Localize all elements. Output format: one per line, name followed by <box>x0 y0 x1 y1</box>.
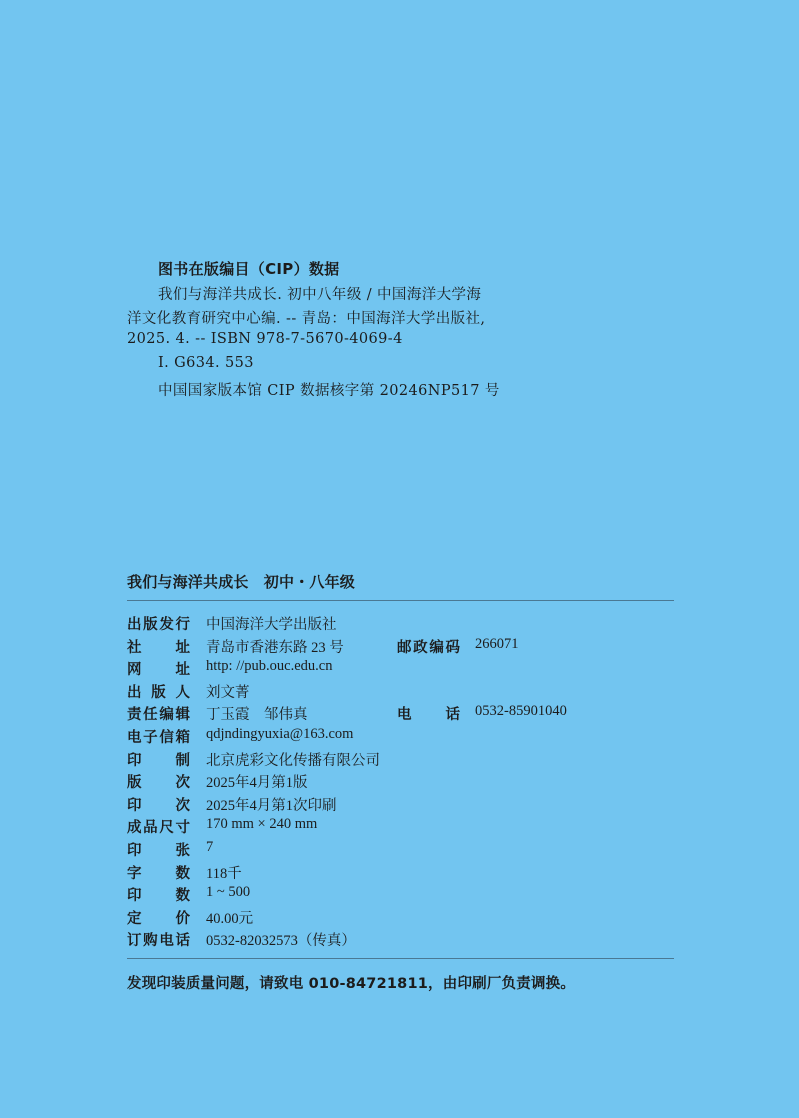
info-label-char: 网 <box>127 658 142 679</box>
info-label-char: 张 <box>176 839 191 860</box>
info-label-char: 信 <box>159 726 174 747</box>
info-label-char: 购 <box>143 929 158 950</box>
info-value: 青岛市香港东路 23 号 <box>206 636 344 657</box>
info-value: 刘文菁 <box>206 681 250 702</box>
info-label-char: 任 <box>143 703 158 724</box>
info-value: 中国海洋大学出版社 <box>206 613 337 634</box>
info-label-char: 印 <box>127 839 142 860</box>
info-label: 电子信箱 <box>127 726 190 747</box>
info-value: 170 mm × 240 mm <box>206 816 317 833</box>
cip-line-1: 我们与海洋共成长. 初中八年级 / 中国海洋大学海 <box>158 283 481 304</box>
info-label-char: 印 <box>127 794 142 815</box>
cip-title: 图书在版编目（CIP）数据 <box>158 258 339 279</box>
info-label-char: 码 <box>445 636 460 657</box>
info-label: 责任编辑 <box>127 703 190 724</box>
info-label-char: 版 <box>143 613 158 634</box>
info-label-char: 定 <box>127 907 142 928</box>
info-label-char: 编 <box>429 636 444 657</box>
book-title: 我们与海洋共成长 初中・八年级 <box>127 571 355 592</box>
info-label-char: 成 <box>127 816 142 837</box>
quality-notice: 发现印装质量问题，请致电 010-84721811，由印刷厂负责调换。 <box>127 972 575 993</box>
info-label: 成品尺寸 <box>127 816 190 837</box>
info-label: 印数 <box>127 884 190 905</box>
info-label: 社址 <box>127 636 190 657</box>
info-value: 2025年4月第1次印刷 <box>206 794 337 815</box>
divider-bottom <box>127 958 674 959</box>
info-value: 7 <box>206 839 213 856</box>
info-value-secondary: 266071 <box>475 636 519 653</box>
info-label-char: 政 <box>413 636 428 657</box>
info-label-char: 印 <box>127 884 142 905</box>
info-label-char: 数 <box>176 884 191 905</box>
info-value: qdjndingyuxia@163.com <box>206 726 353 743</box>
info-label-char: 价 <box>176 907 191 928</box>
info-label-char: 数 <box>176 862 191 883</box>
info-label-char: 电 <box>159 929 174 950</box>
info-label-char: 品 <box>143 816 158 837</box>
info-value: 2025年4月第1版 <box>206 771 308 792</box>
info-label-char: 电 <box>397 703 412 724</box>
info-label-char: 址 <box>176 636 191 657</box>
cip-line-4: Ⅰ. G634. 553 <box>158 355 254 371</box>
info-label-secondary: 电话 <box>397 703 460 724</box>
info-value: 0532-82032573（传真） <box>206 929 356 950</box>
info-label: 印张 <box>127 839 190 860</box>
info-label-char: 责 <box>127 703 142 724</box>
info-label-char: 箱 <box>175 726 190 747</box>
info-label: 字数 <box>127 862 190 883</box>
info-label-char: 子 <box>143 726 158 747</box>
info-label-secondary: 邮政编码 <box>397 636 460 657</box>
info-label-char: 出 <box>127 681 142 702</box>
cip-line-3: 2025. 4. -- ISBN 978-7-5670-4069-4 <box>127 331 403 347</box>
info-label-char: 辑 <box>175 703 190 724</box>
divider-top <box>127 600 674 601</box>
cip-line-5: 中国国家版本馆 CIP 数据核字第 20246NP517 号 <box>158 379 500 400</box>
info-value: 1 ~ 500 <box>206 884 250 901</box>
info-label-char: 版 <box>151 681 166 702</box>
info-label-char: 版 <box>127 771 142 792</box>
info-label-char: 订 <box>127 929 142 950</box>
info-label: 印次 <box>127 794 190 815</box>
info-label-char: 印 <box>127 749 142 770</box>
info-label-char: 编 <box>159 703 174 724</box>
info-label-char: 行 <box>175 613 190 634</box>
info-label-char: 次 <box>176 794 191 815</box>
info-label-char: 次 <box>176 771 191 792</box>
info-value: 北京虎彩文化传播有限公司 <box>206 749 380 770</box>
info-value: 丁玉霞 邹伟真 <box>206 703 308 724</box>
info-label: 网址 <box>127 658 190 679</box>
info-value: http: //pub.ouc.edu.cn <box>206 658 332 675</box>
info-value: 40.00元 <box>206 907 253 928</box>
info-label-char: 发 <box>159 613 174 634</box>
info-label-char: 制 <box>176 749 191 770</box>
info-label: 出版人 <box>127 681 190 702</box>
info-label-char: 字 <box>127 862 142 883</box>
info-value-secondary: 0532-85901040 <box>475 703 567 720</box>
info-label-char: 址 <box>176 658 191 679</box>
info-label-char: 电 <box>127 726 142 747</box>
info-label-char: 社 <box>127 636 142 657</box>
info-label-char: 尺 <box>159 816 174 837</box>
info-label-char: 话 <box>446 703 461 724</box>
info-label: 出版发行 <box>127 613 190 634</box>
info-label: 印制 <box>127 749 190 770</box>
cip-line-2: 洋文化教育研究中心编. -- 青岛：中国海洋大学出版社, <box>127 307 485 328</box>
info-label: 版次 <box>127 771 190 792</box>
info-label-char: 人 <box>176 681 191 702</box>
info-label: 定价 <box>127 907 190 928</box>
info-value: 118千 <box>206 862 242 883</box>
info-label-char: 寸 <box>175 816 190 837</box>
info-label: 订购电话 <box>127 929 190 950</box>
info-label-char: 邮 <box>397 636 412 657</box>
info-label-char: 出 <box>127 613 142 634</box>
info-label-char: 话 <box>175 929 190 950</box>
